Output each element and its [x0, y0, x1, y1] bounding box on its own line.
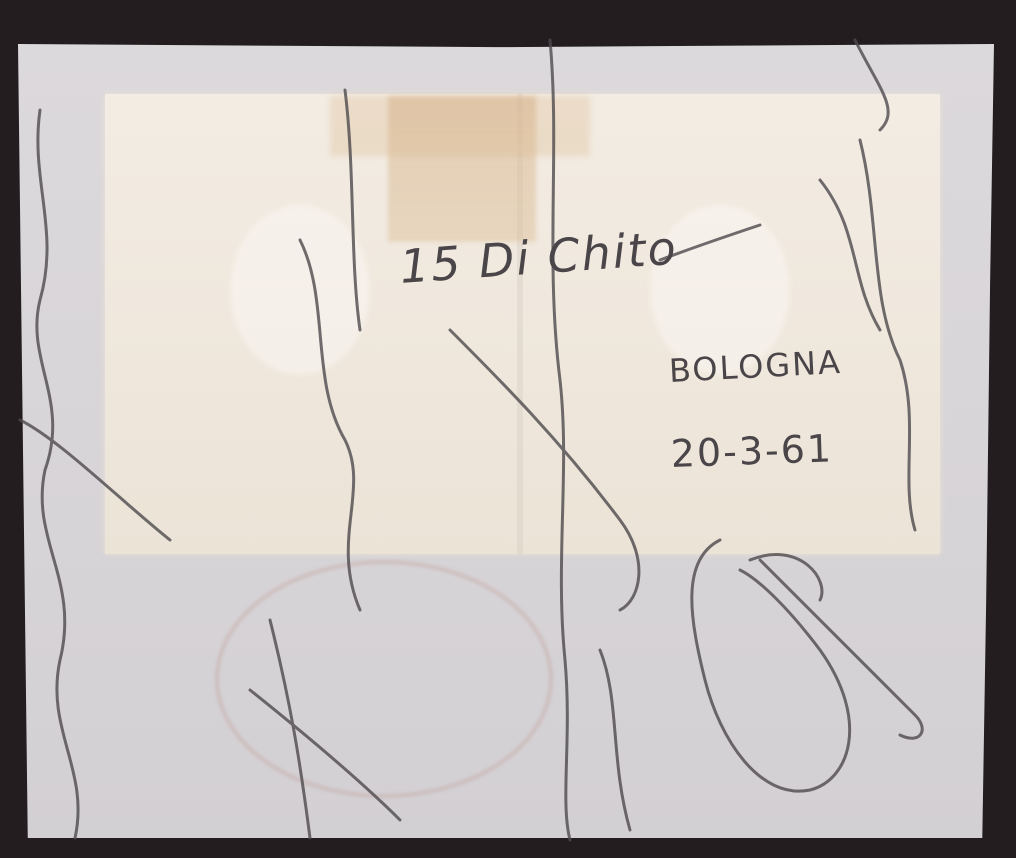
- manuscript-cancel-strokes: [0, 0, 1016, 858]
- date-annotation: 20-3-61: [670, 426, 834, 476]
